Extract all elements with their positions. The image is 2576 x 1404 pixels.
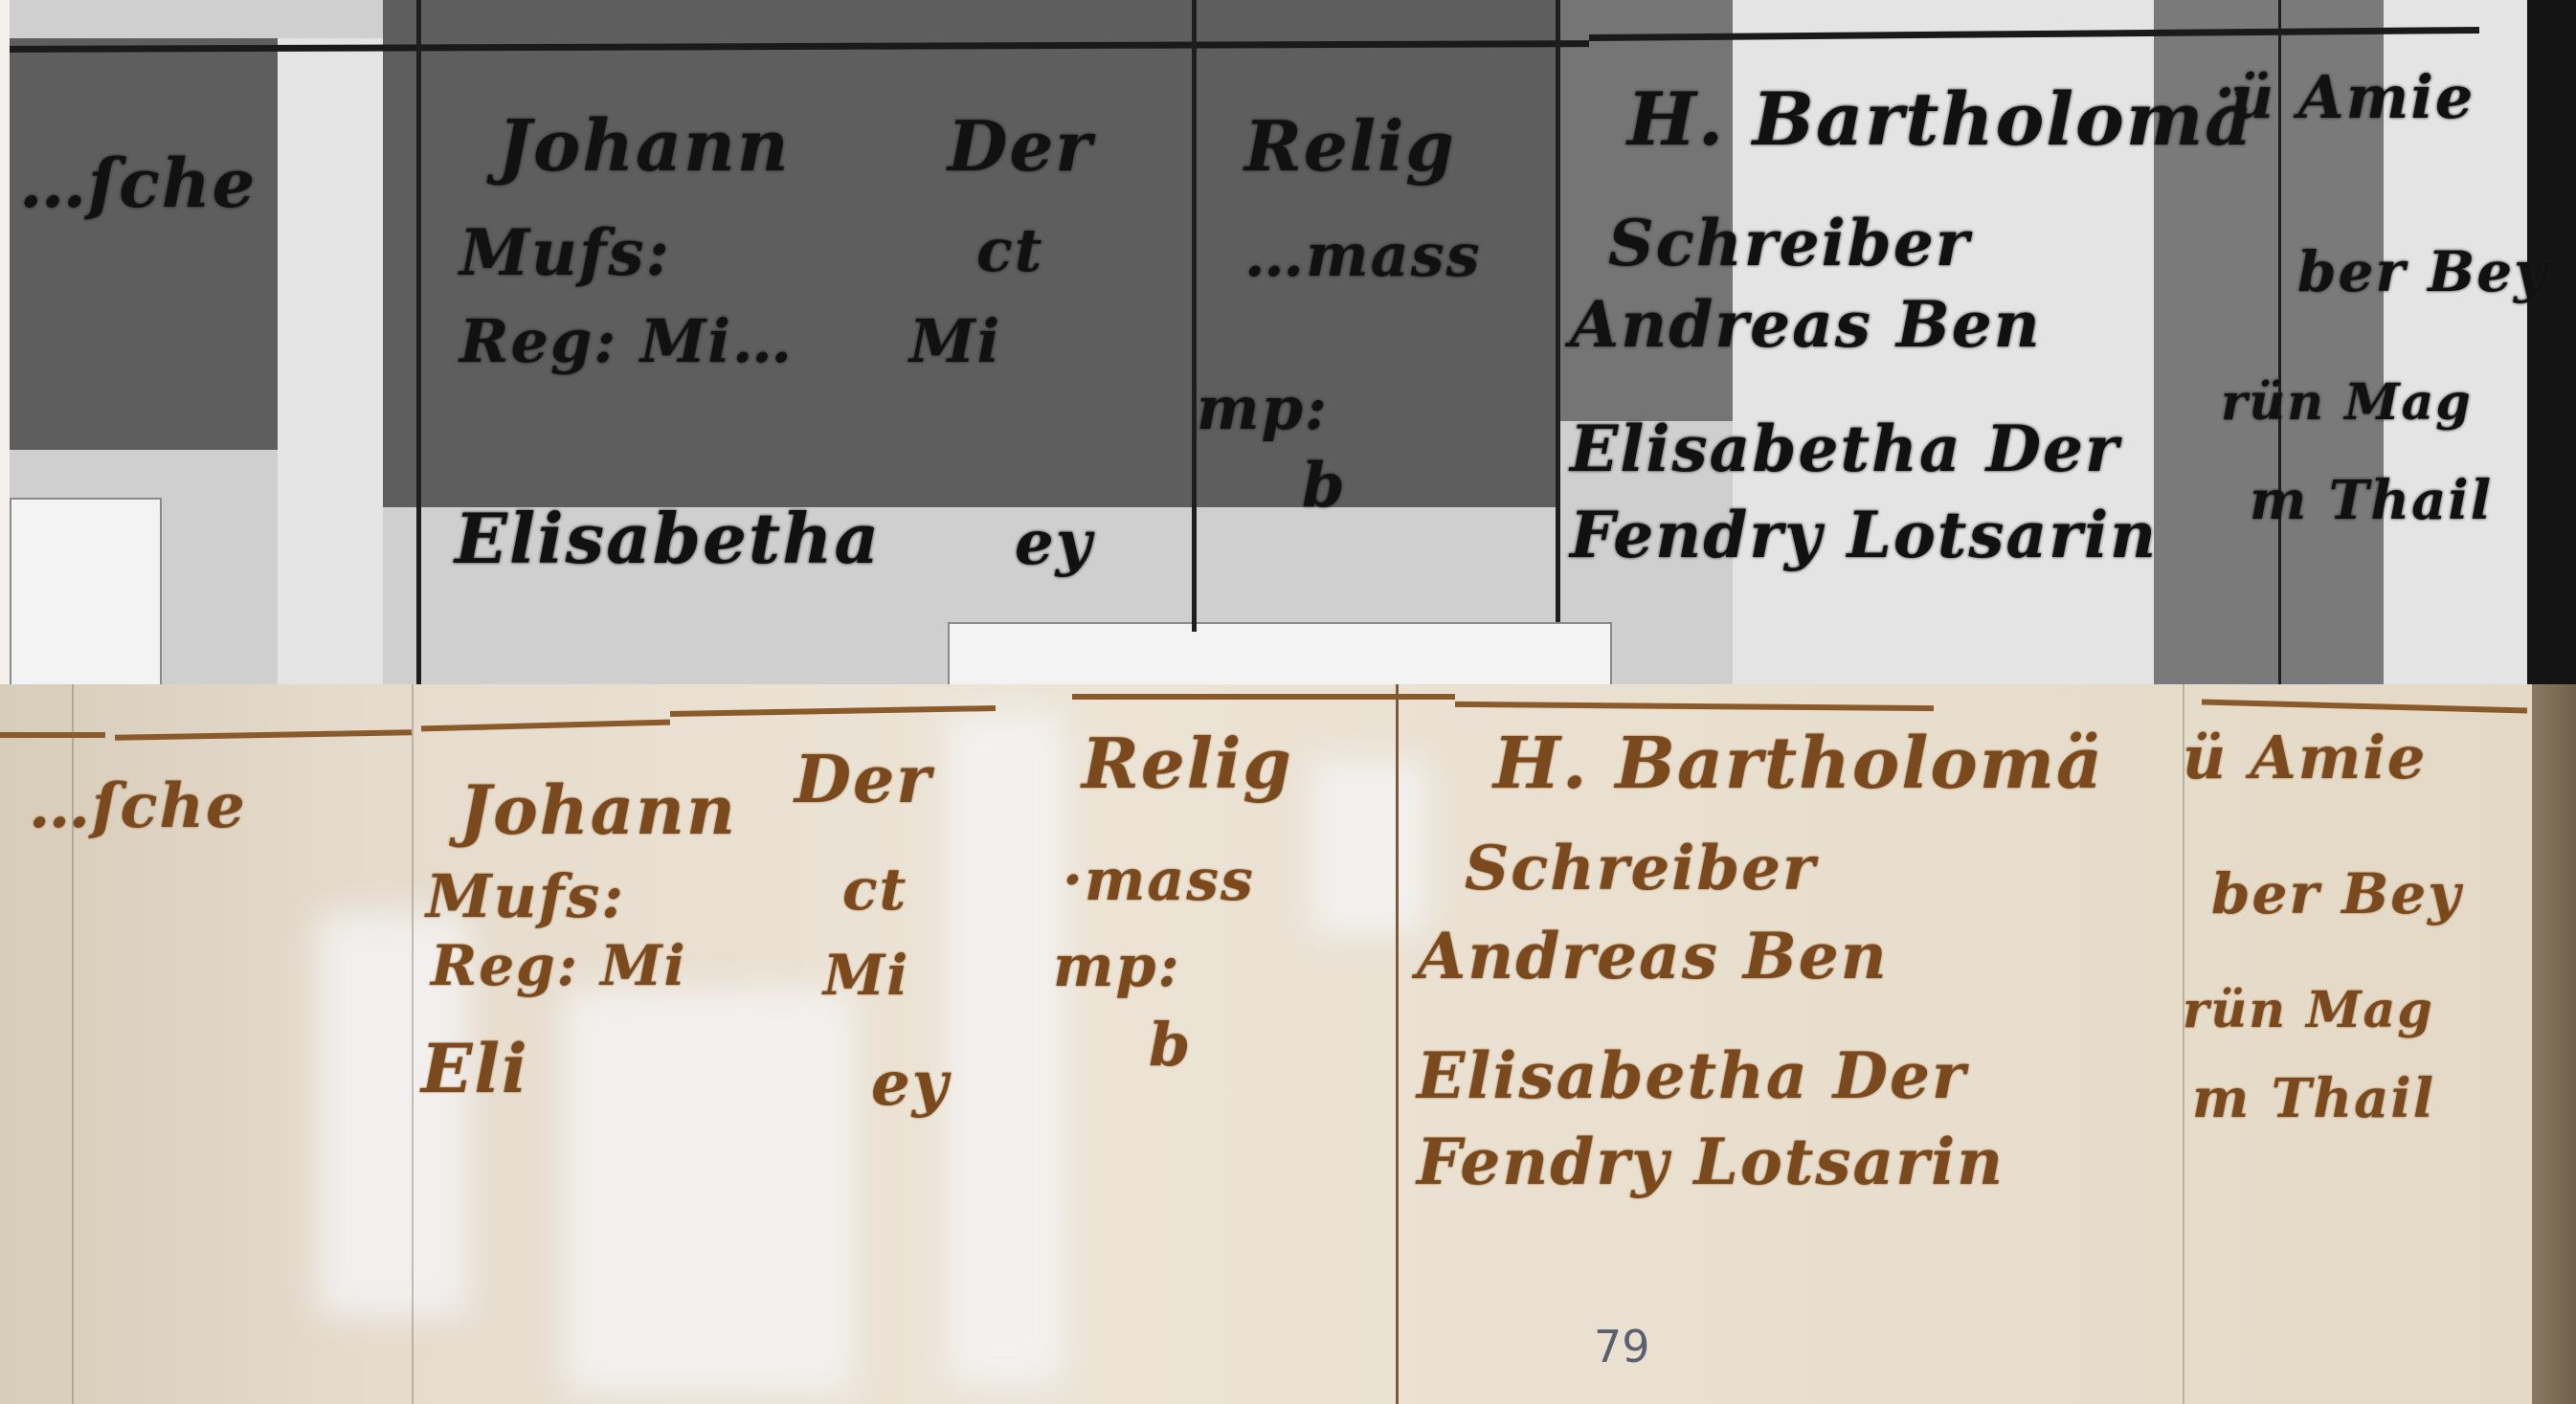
- column-line: [1396, 684, 1399, 1404]
- handwriting: …mass: [1244, 220, 1482, 290]
- handwriting: Mufs:: [459, 215, 671, 290]
- handwriting: Andreas Ben: [1570, 287, 2042, 362]
- handwriting: Eli: [421, 1029, 529, 1108]
- handwriting: Reg: Mi…: [459, 306, 794, 376]
- photo-panel: …ſche Johann Mufs: Reg: Mi Eli Der ct Mi…: [0, 684, 2576, 1404]
- microfilm-panel: …ſche Johann Mufs: Reg: Mi… Elisabetha D…: [0, 0, 2576, 684]
- binding-edge: [2532, 684, 2576, 1404]
- handwriting: rün Mag: [2221, 373, 2473, 432]
- handwriting: mp:: [1197, 373, 1329, 443]
- handwriting: Elisabetha Der: [1570, 412, 2120, 486]
- paper-damage: [1311, 761, 1426, 933]
- handwriting: Reg: Mi: [431, 933, 687, 998]
- handwriting: Mi: [823, 943, 909, 1008]
- handwriting: …ſche: [19, 144, 257, 223]
- handwriting: Andreas Ben: [1417, 919, 1889, 993]
- handwriting: Fendry Lotsarin: [1417, 1125, 2005, 1199]
- handwriting: Johann: [459, 770, 737, 850]
- film-edge: [2527, 0, 2576, 684]
- paper-damage: [565, 991, 852, 1393]
- paper-label: [10, 498, 162, 684]
- handwriting: ber Bey: [2297, 239, 2548, 304]
- light-band: [278, 38, 383, 684]
- page-number: 79: [1594, 1321, 1650, 1372]
- column-line: [1556, 0, 1560, 622]
- handwriting: Schreiber: [1465, 833, 1817, 904]
- paper-damage: [948, 713, 1063, 1383]
- handwriting: ct: [842, 857, 907, 924]
- handwriting: ·mass: [1063, 847, 1255, 914]
- handwriting: ü Amie: [2183, 723, 2427, 792]
- handwriting: …ſche: [29, 770, 247, 842]
- paper-label: [948, 622, 1612, 684]
- handwriting: Elisabetha Der: [1417, 1038, 1967, 1113]
- fold-line: [412, 684, 414, 1404]
- handwriting: H. Bartholomä: [1627, 77, 2254, 162]
- column-line: [1192, 0, 1197, 632]
- handwriting: b: [1149, 1010, 1192, 1080]
- handwriting: Relig: [1082, 723, 1293, 804]
- handwriting: m Thail: [2192, 1067, 2435, 1130]
- handwriting: ü Amie: [2230, 62, 2475, 132]
- column-line: [416, 0, 421, 684]
- handwriting: H. Bartholomä: [1493, 723, 2104, 805]
- handwriting: Schreiber: [1608, 206, 1971, 280]
- handwriting: b: [1302, 450, 1347, 522]
- handwriting: ey: [871, 1048, 950, 1120]
- handwriting: Der: [948, 105, 1093, 187]
- handwriting: Mufs:: [426, 861, 625, 931]
- handwriting: Der: [795, 742, 932, 818]
- handwriting: mp:: [1053, 933, 1181, 1000]
- handwriting: Fendry Lotsarin: [1570, 498, 2158, 572]
- shadow-region: [10, 38, 297, 450]
- handwriting: Johann: [498, 105, 791, 188]
- handwriting: Relig: [1244, 105, 1456, 187]
- handwriting: Elisabetha: [455, 498, 881, 579]
- handwriting: ber Bey: [2211, 861, 2462, 926]
- handwriting: ey: [1015, 507, 1093, 579]
- handwriting: rün Mag: [2183, 981, 2434, 1039]
- handwriting: ct: [976, 215, 1043, 285]
- ruled-line: [0, 732, 105, 738]
- handwriting: Mi: [909, 306, 1001, 376]
- handwriting: m Thail: [2250, 469, 2493, 532]
